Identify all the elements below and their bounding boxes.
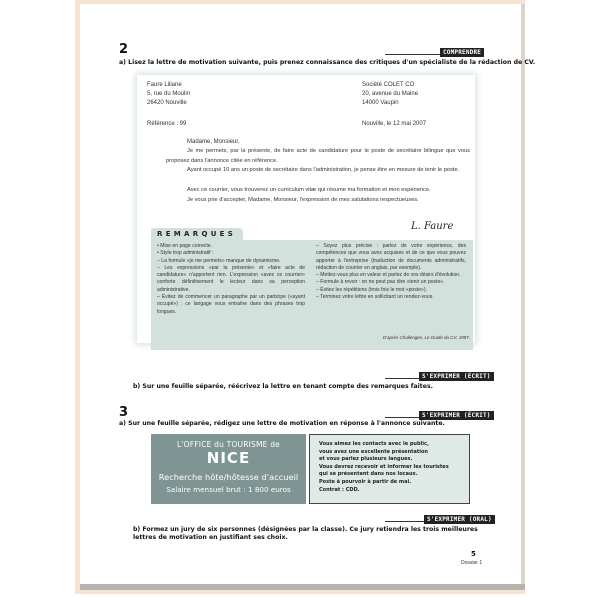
page-shadow-bottom [80,584,525,590]
letter-paragraph: Ayant occupé 10 ans un poste de secrétai… [166,166,470,176]
recipient-name: Société COLET CO [362,81,418,90]
recipient-city: 14000 Vaupin [362,99,418,108]
ad-position: Recherche hôte/hôtesse d'accueil [151,472,306,482]
letter-paragraph: Je vous prie d'accepter, Madame, Monsieu… [187,196,470,206]
tag-rule [385,54,441,55]
letter-paragraph: Je me permets, par la présente, de faire… [166,147,470,166]
sender-city: 26420 Nouville [147,99,190,108]
page-shadow-right [521,4,525,590]
ad-salary: Salaire mensuel brut : 1 800 euros [151,485,306,494]
letter-reference: Référence : 99 [147,120,186,129]
tag-rule [385,521,425,522]
ad-detail-line: Poste à pourvoir à partir de mai. [319,479,467,487]
remark-item: – La formule «je me permets» manque de d… [157,258,305,265]
ad-city: NICE [151,449,306,467]
remark-item: – Formule à revoir : on ne peut pas dire… [316,279,466,286]
ad-organization: L'OFFICE du TOURISME de [151,440,306,449]
exercise-3a-instruction: a) Sur une feuille séparée, rédigez une … [119,420,499,428]
tag-comprendre: COMPRENDRE [440,48,484,57]
remark-item: • Mise en page correcte. [157,243,305,250]
job-ad-banner: L'OFFICE du TOURISME de NICE Recherche h… [151,434,306,504]
section-label: Dossier 1 [461,560,482,566]
remark-item: – Évitez de commencer un paragraphe par … [157,294,305,316]
tag-rule [385,417,420,418]
letter-place-date: Nouville, le 12 mai 2007 [362,120,426,129]
letter-recipient: Société COLET CO 20, avenue du Maine 140… [362,81,418,108]
ad-detail-line: qui se présentent dans nos locaux. [319,471,467,479]
exercise-2b-instruction: b) Sur une feuille séparée, réécrivez la… [133,383,493,391]
ad-detail-line: Contrat : CDD. [319,487,467,495]
letter-sender: Faure Liliane 5, rue du Moulin 26420 Nou… [147,81,190,108]
sender-street: 5, rue du Moulin [147,90,190,99]
exercise-2a-instruction: a) Lisez la lettre de motivation suivant… [119,59,499,67]
remark-item: – Soyez plus précise : parlez de votre e… [316,243,466,272]
ad-detail-line: et vous parlez plusieurs langues. [319,456,467,464]
remarks-source: D'après Challenges, Le Guide du CV, 1997… [330,335,470,340]
job-ad-details: Vous aimez les contacts avec le public, … [309,434,470,504]
ad-detail-line: vous avez une excellente présentation [319,449,467,457]
remark-item: – Terminez votre lettre en sollicitant u… [316,294,466,301]
remark-item: – Évitez les répétitions (trois fois le … [316,287,466,294]
exercise-2-number: 2 [119,42,128,57]
remarks-left-column: • Mise en page correcte. • Style trop ad… [157,243,305,316]
tag-rule [385,378,420,379]
sender-name: Faure Liliane [147,81,190,90]
remarks-title: REMARQUES [157,230,236,238]
exercise-3-number: 3 [119,405,128,420]
remarks-right-column: – Soyez plus précise : parlez de votre e… [316,243,466,301]
letter-salutation: Madame, Monsieur, [187,138,240,147]
tag-sexprimer-ecrit: S'EXPRIMER (ÉCRIT) [419,411,494,420]
remark-item: – Mettez-vous plus en valeur et parlez d… [316,272,466,279]
tag-sexprimer-oral: S'EXPRIMER (ORAL) [424,515,495,524]
remark-item: • Style trop administratif : [157,250,305,257]
page-number: 5 [471,550,476,558]
ad-details-text: Vous aimez les contacts avec le public, … [319,441,467,494]
letter-paragraph: Avec ce courrier, vous trouverez un curr… [187,186,470,196]
exercise-3b-instruction: b) Formez un jury de six personnes (dési… [133,526,485,542]
tag-sexprimer-ecrit: S'EXPRIMER (ÉCRIT) [419,372,494,381]
remark-item: – Les expressions «par la présente» et «… [157,265,305,294]
recipient-street: 20, avenue du Maine [362,90,418,99]
ad-detail-line: Vous aimez les contacts avec le public, [319,441,467,449]
letter-signature: L. Faure [411,221,453,232]
